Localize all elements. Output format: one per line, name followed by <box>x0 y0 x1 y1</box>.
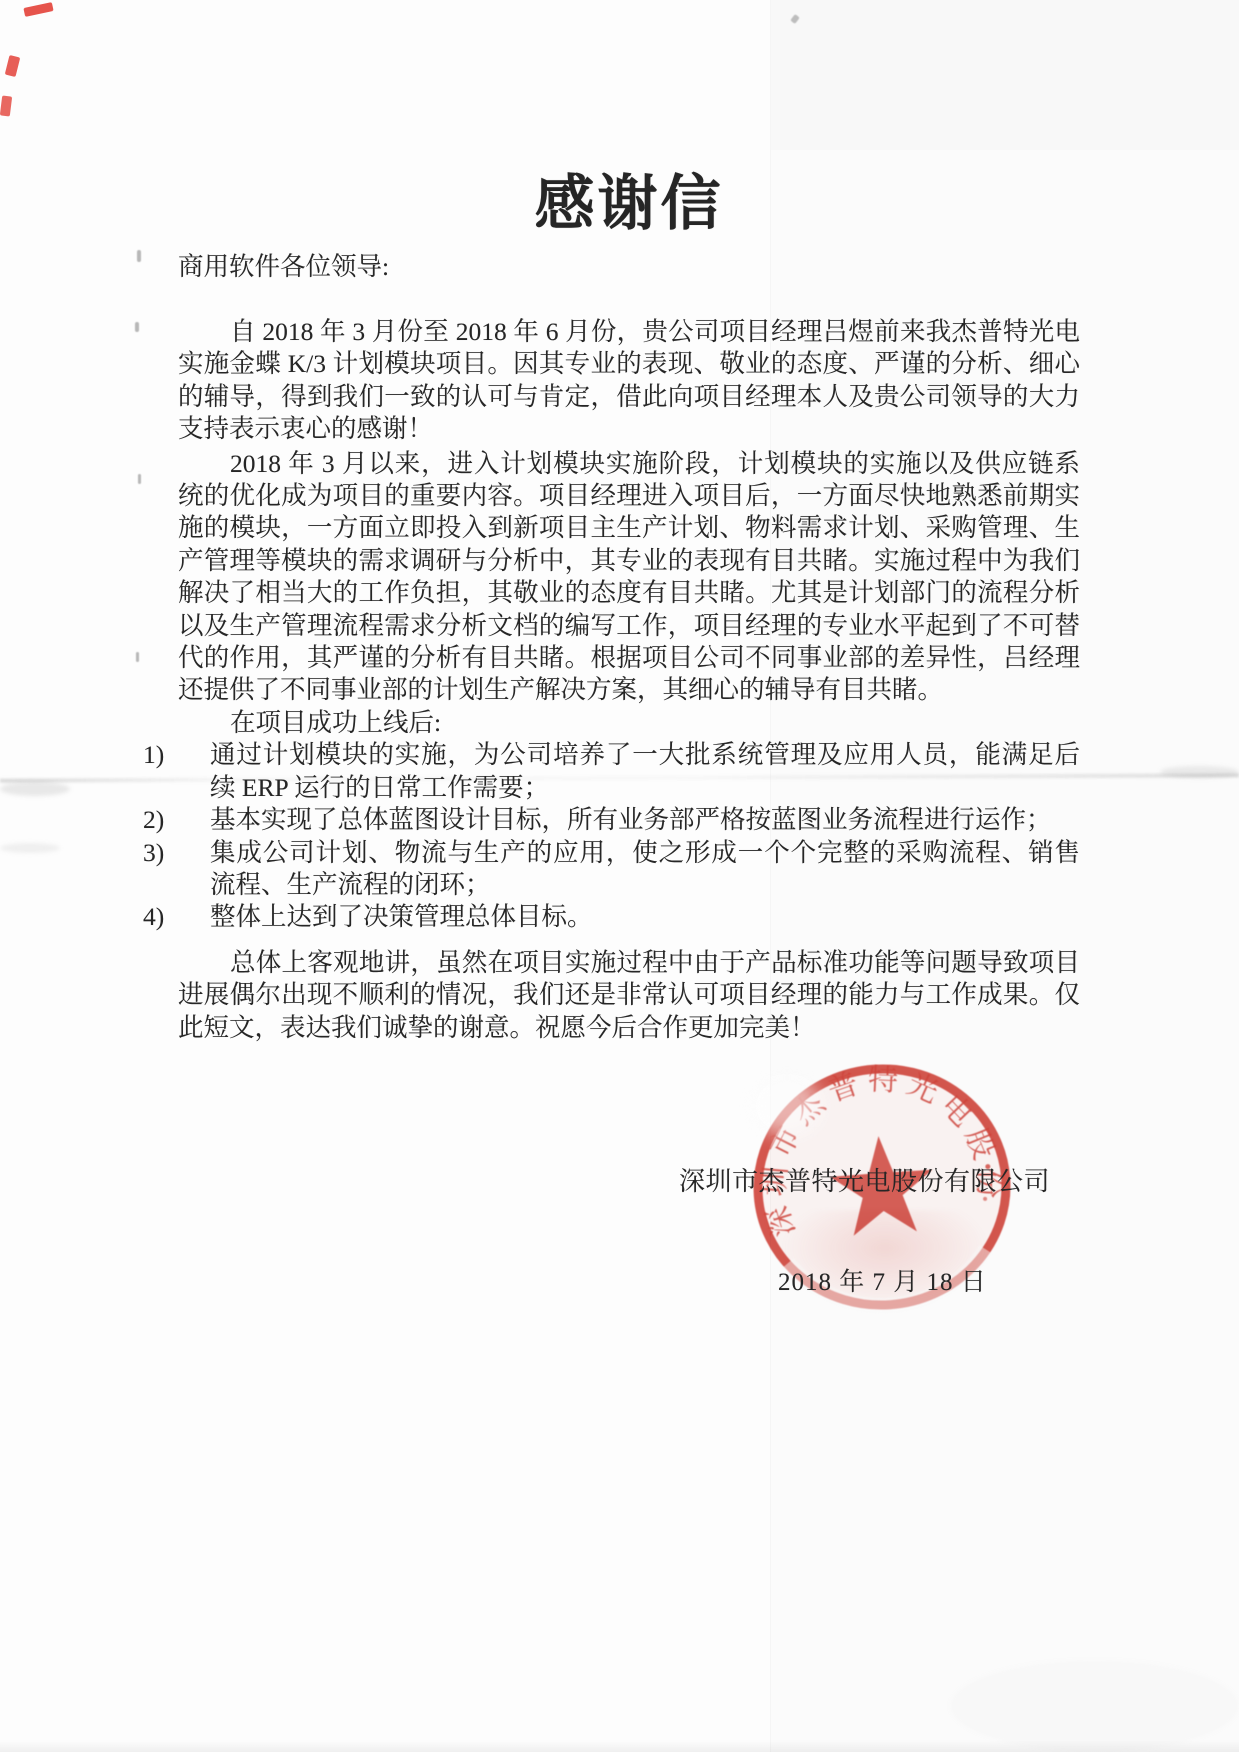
scan-mottle-bottom-right <box>950 1660 1239 1752</box>
text-line: 2)基本实现了总体蓝图设计目标，所有业务部严格按蓝图业务流程进行运作； <box>210 804 1080 836</box>
list-item: 2)基本实现了总体蓝图设计目标，所有业务部严格按蓝图业务流程进行运作； <box>178 804 1080 836</box>
paragraph: 2018 年 3 月以来，进入计划模块实施阶段，计划模块的实施以及供应链系统的优… <box>178 448 1080 707</box>
text-line: 1)通过计划模块的实施，为公司培养了一大批系统管理及应用人员，能满足后 <box>210 739 1080 771</box>
text-line: 以及生产管理流程需求分析文档的编写工作，项目经理的专业水平起到了不可替 <box>178 610 1080 642</box>
text-line: 3)集成公司计划、物流与生产的应用，使之形成一个个完整的采购流程、销售 <box>210 837 1080 869</box>
red-corner-mark <box>0 95 12 116</box>
body-column: 自 2018 年 3 月份至 2018 年 6 月份，贵公司项目经理吕煜前来我杰… <box>178 316 1080 1044</box>
text-line: 流程、生产流程的闭环； <box>210 869 1080 901</box>
list-number: 2) <box>143 804 164 836</box>
red-corner-mark <box>5 55 21 77</box>
letter-title: 感谢信 <box>178 156 1080 242</box>
text-line: 支持表示衷心的感谢！ <box>178 413 1080 445</box>
text-line: 4)整体上达到了决策管理总体目标。 <box>210 901 1080 933</box>
scan-speck <box>137 250 141 262</box>
text-line: 代的作用，其严谨的分析有目共睹。根据项目公司不同事业部的差异性，吕经理 <box>178 642 1080 674</box>
scanned-letter-page: 感谢信 商用软件各位领导: 自 2018 年 3 月份至 2018 年 6 月份… <box>0 0 1239 1752</box>
text-line: 续 ERP 运行的日常工作需要； <box>210 772 1080 804</box>
scan-speck <box>136 652 139 662</box>
text-line: 的辅导，得到我们一致的认可与肯定，借此向项目经理本人及贵公司领导的大力 <box>178 381 1080 413</box>
paragraph: 自 2018 年 3 月份至 2018 年 6 月份，贵公司项目经理吕煜前来我杰… <box>178 316 1080 446</box>
text-line: 施的模块，一方面立即投入到新项目主生产计划、物料需求计划、采购管理、生 <box>178 512 1080 544</box>
list-item: 4)整体上达到了决策管理总体目标。 <box>178 901 1080 933</box>
crease-smudge-right <box>1160 766 1239 778</box>
paragraph: 总体上客观地讲，虽然在项目实施过程中由于产品标准功能等问题导致项目进展偶尔出现不… <box>178 947 1080 1044</box>
list-item: 3)集成公司计划、物流与生产的应用，使之形成一个个完整的采购流程、销售流程、生产… <box>178 837 1080 902</box>
signature-company-name: 深圳市杰普特光电股份有限公司 <box>679 1161 1050 1198</box>
crease-smudge-left-2 <box>0 843 60 853</box>
text-line: 统的优化成为项目的重要内容。项目经理进入项目后，一方面尽快地熟悉前期实 <box>178 480 1080 512</box>
list-number: 3) <box>143 837 164 869</box>
text-line: 2018 年 3 月以来，进入计划模块实施阶段，计划模块的实施以及供应链系 <box>178 448 1080 480</box>
text-line: 产管理等模块的需求调研与分析中，其专业的表现有目共睹。实施过程中为我们 <box>178 545 1080 577</box>
list-number: 1) <box>143 739 164 771</box>
text-line: 进展偶尔出现不顺利的情况，我们还是非常认可项目经理的能力与工作成果。仅 <box>178 979 1080 1011</box>
red-corner-mark <box>23 2 53 17</box>
salutation: 商用软件各位领导: <box>178 247 389 283</box>
text-line: 自 2018 年 3 月份至 2018 年 6 月份，贵公司项目经理吕煜前来我杰… <box>178 316 1080 348</box>
crease-smudge-left <box>0 782 70 796</box>
text-line: 在项目成功上线后: <box>178 707 1080 739</box>
text-line: 还提供了不同事业部的计划生产解决方案，其细心的辅导有目共睹。 <box>178 674 1080 706</box>
text-line: 解决了相当大的工作负担，其敬业的态度有目共睹。尤其是计划部门的流程分析 <box>178 577 1080 609</box>
text-line: 实施金蝶 K/3 计划模块项目。因其专业的表现、敬业的态度、严谨的分析、细心 <box>178 348 1080 380</box>
scan-shading-top-right <box>771 0 1239 150</box>
text-line: 总体上客观地讲，虽然在项目实施过程中由于产品标准功能等问题导致项目 <box>178 947 1080 979</box>
paragraph: 在项目成功上线后: <box>178 707 1080 739</box>
text-line: 此短文，表达我们诚挚的谢意。祝愿今后合作更加完美！ <box>178 1012 1080 1044</box>
scan-speck <box>138 474 141 484</box>
list-number: 4) <box>143 901 164 933</box>
letter-date: 2018 年 7 月 18 日 <box>778 1262 987 1298</box>
list-item: 1)通过计划模块的实施，为公司培养了一大批系统管理及应用人员，能满足后续 ERP… <box>178 739 1080 804</box>
seal-faded-area <box>752 1076 822 1136</box>
scan-speck <box>135 322 139 332</box>
scan-edge-shadow <box>0 1740 1239 1752</box>
